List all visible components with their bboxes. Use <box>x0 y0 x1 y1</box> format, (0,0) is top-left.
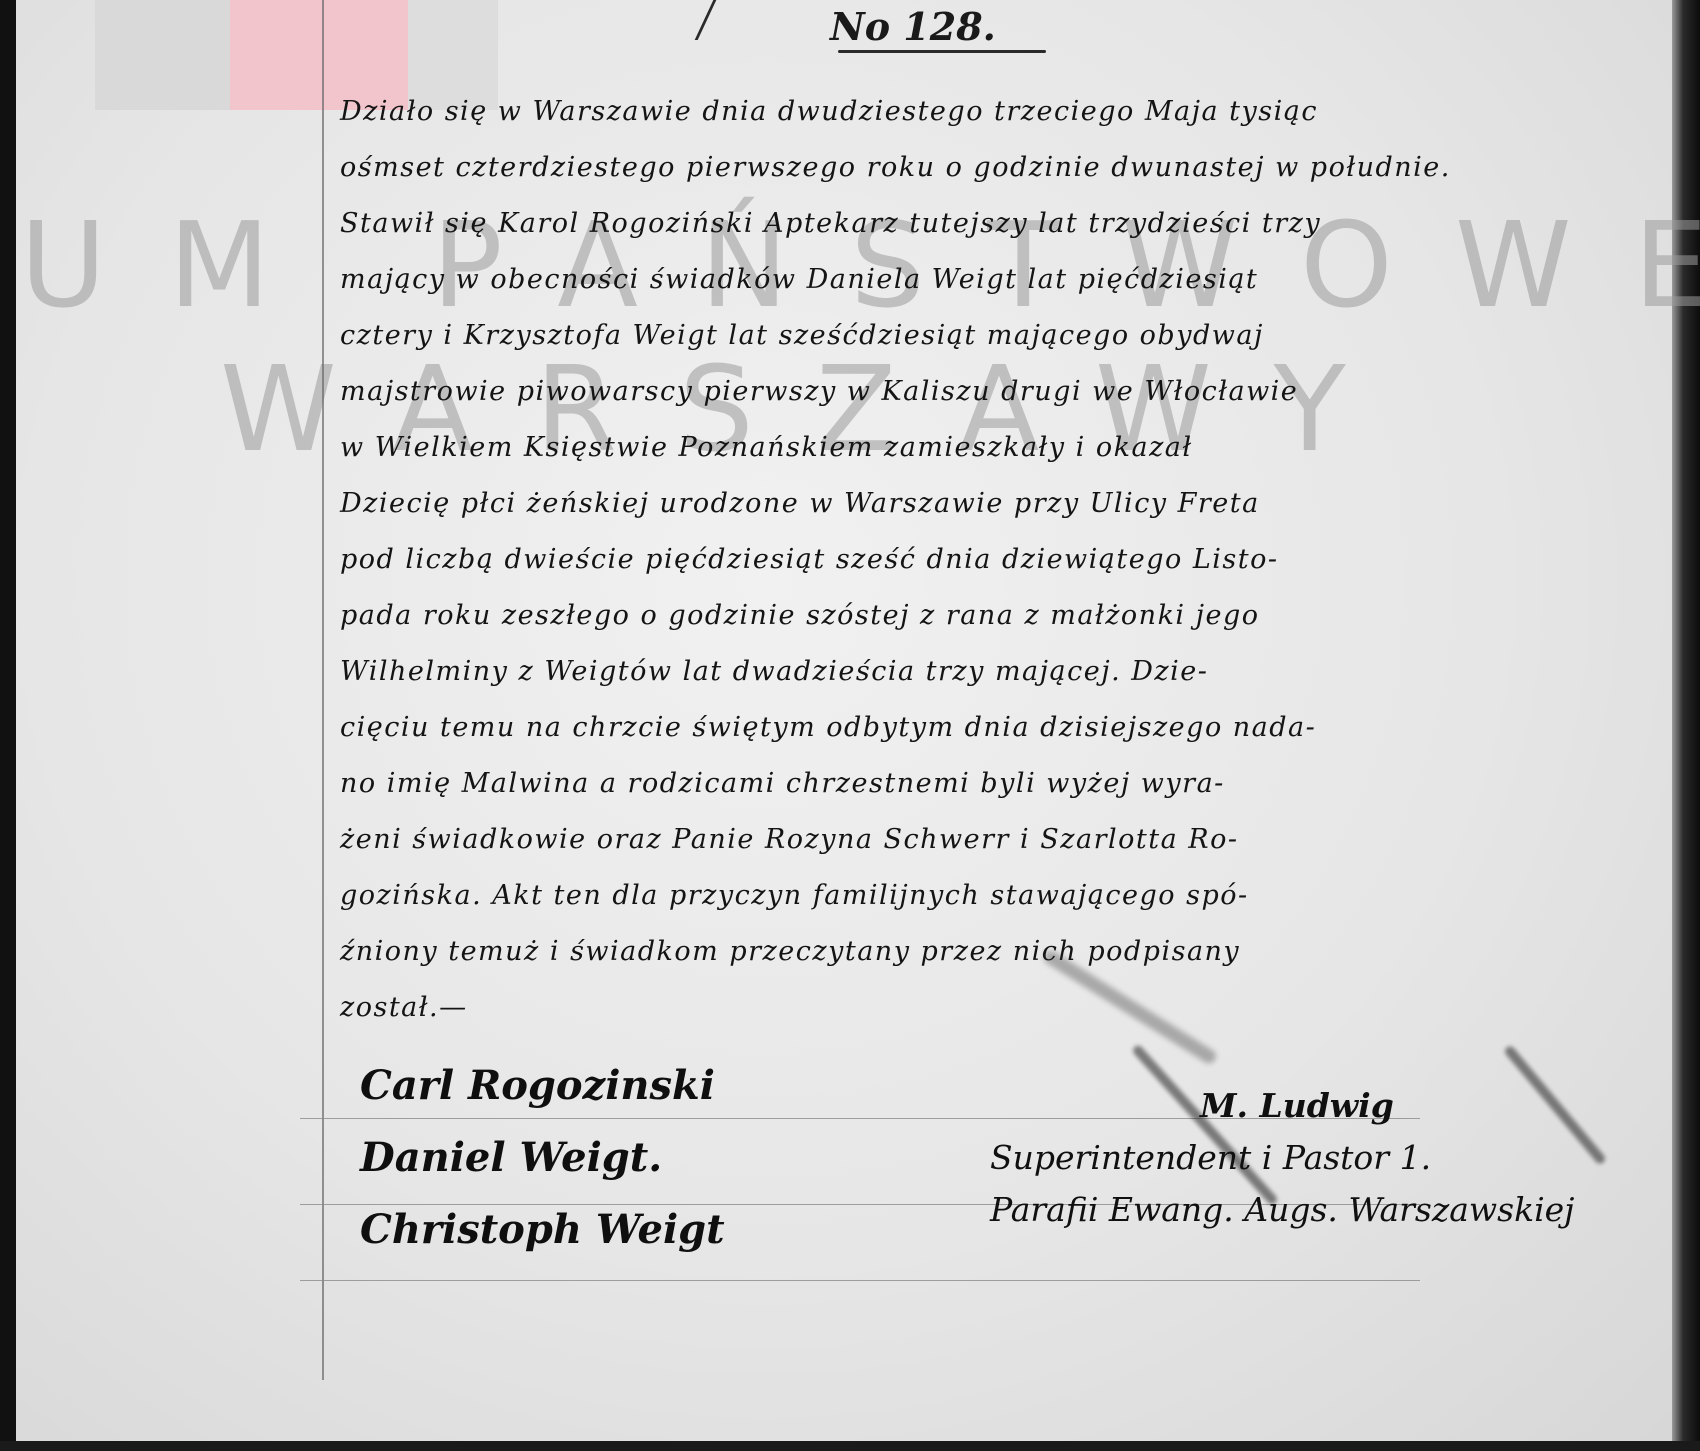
official-signature: M. Ludwig Superintendent i Pastor 1. Par… <box>990 1080 1574 1236</box>
signature-witness-2: Christoph Weigt <box>360 1194 725 1266</box>
record-line: Stawił się Karol Rogoziński Aptekarz tut… <box>340 196 1670 252</box>
heading-flourish <box>671 0 717 40</box>
signature-witness-1: Daniel Weigt. <box>360 1122 725 1194</box>
scanned-page: UM PAŃSTWOWE WARSZAWY No 128. Działo się… <box>0 0 1700 1451</box>
record-line: Wilhelminy z Weigtów lat dwadzieścia trz… <box>340 644 1670 700</box>
ruled-margin-line <box>322 0 324 1380</box>
record-line: w Wielkiem Księstwie Poznańskiem zamiesz… <box>340 420 1670 476</box>
official-title-line1: Superintendent i Pastor 1. <box>990 1132 1574 1184</box>
record-line: ośmset czterdziestego pierwszego roku o … <box>340 140 1670 196</box>
calibration-gray-patch <box>95 0 230 110</box>
record-line: no imię Malwina a rodzicami chrzestnemi … <box>340 756 1670 812</box>
scan-border-left <box>0 0 16 1451</box>
record-line: Dziecię płci żeńskiej urodzone w Warszaw… <box>340 476 1670 532</box>
witness-signatures: Carl Rogozinski Daniel Weigt. Christoph … <box>360 1050 725 1266</box>
signature-father: Carl Rogozinski <box>360 1050 725 1122</box>
record-line: mający w obecności świadków Daniela Weig… <box>340 252 1670 308</box>
scan-border-bottom <box>0 1441 1700 1451</box>
record-body: Działo się w Warszawie dnia dwudziestego… <box>340 84 1670 1036</box>
act-number-underline <box>838 50 1046 53</box>
record-line: Działo się w Warszawie dnia dwudziestego… <box>340 84 1670 140</box>
record-line: źniony temuż i świadkom przeczytany prze… <box>340 924 1670 980</box>
signature-rule-3 <box>300 1280 1420 1281</box>
record-line: cztery i Krzysztofa Weigt lat sześćdzies… <box>340 308 1670 364</box>
official-title-line2: Parafii Ewang. Augs. Warszawskiej <box>990 1184 1574 1236</box>
official-name: M. Ludwig <box>1200 1080 1574 1132</box>
record-line: cięciu temu na chrzcie świętym odbytym d… <box>340 700 1670 756</box>
record-line: żeni świadkowie oraz Panie Rozyna Schwer… <box>340 812 1670 868</box>
record-line: został.— <box>340 980 1670 1036</box>
act-number: No 128. <box>830 4 996 49</box>
record-line: majstrowie piwowarscy pierwszy w Kaliszu… <box>340 364 1670 420</box>
record-line: pada roku zeszłego o godzinie szóstej z … <box>340 588 1670 644</box>
record-line: gozińska. Akt ten dla przyczyn familijny… <box>340 868 1670 924</box>
record-line: pod liczbą dwieście pięćdziesiąt sześć d… <box>340 532 1670 588</box>
